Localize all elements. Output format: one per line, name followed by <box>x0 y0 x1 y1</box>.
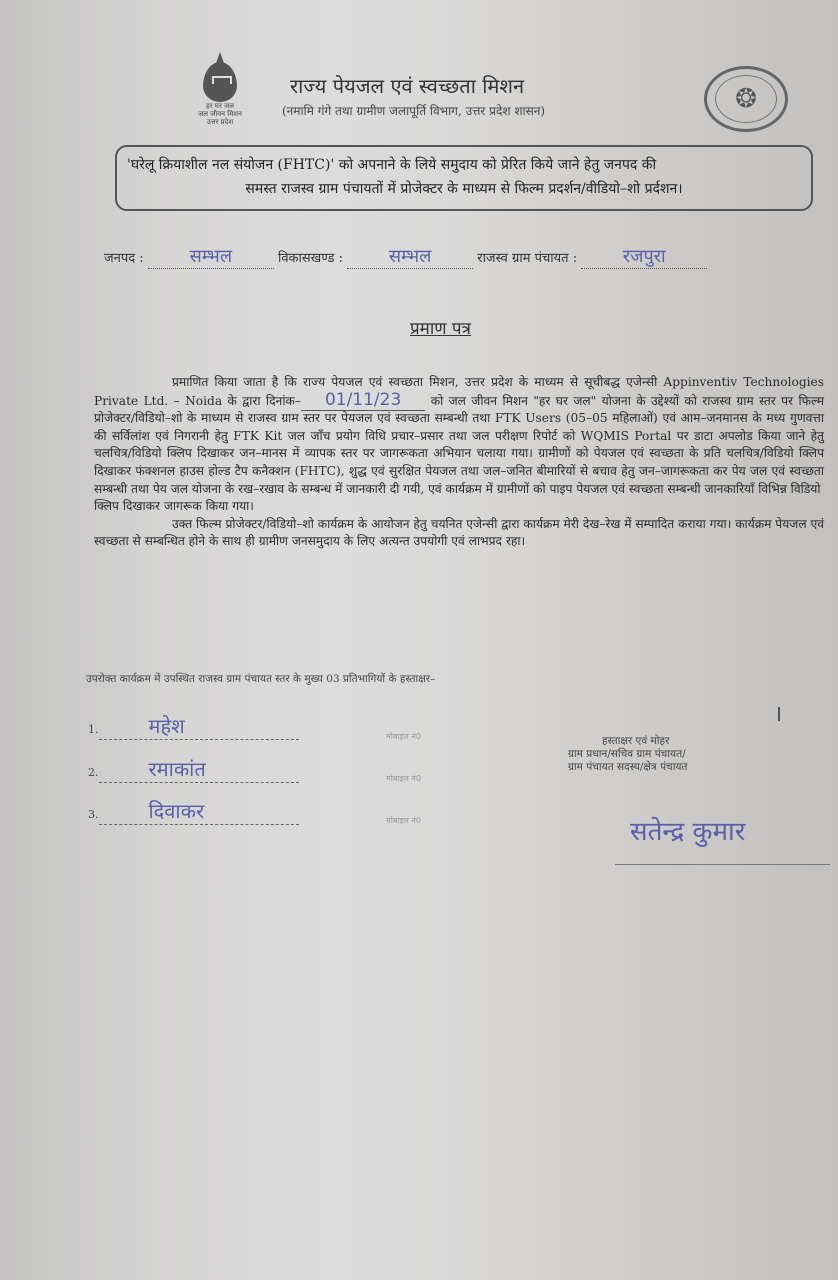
signatory-row-3: 3.दिवाकर <box>88 797 299 825</box>
para1-part3: क्लिप दिखाकर जागरूक किया गया। <box>94 498 824 516</box>
ink-mark <box>778 707 780 721</box>
paragraph-2: उक्त फिल्म प्रोजेक्टर/विडियो–शो कार्यक्र… <box>94 516 824 551</box>
signatory-row-1: 1.महेश <box>88 712 299 740</box>
water-drop-tap-icon <box>203 62 237 102</box>
certificate-page: हर घर जल जल जीवन मिशन उत्तर प्रदेश राज्य… <box>0 0 838 1280</box>
mobile-label-1: मोबाइल नं0 <box>386 731 421 742</box>
signatory-name: दिवाकर <box>99 797 299 825</box>
banner-line-2: समस्त राजस्व ग्राम पंचायतों में प्रोजेक्… <box>127 177 801 201</box>
signatory-name: रमाकांत <box>99 755 299 783</box>
signatories-intro: उपरोक्त कार्यक्रम में उपस्थित राजस्व ग्र… <box>86 673 486 686</box>
location-fields: जनपद : सम्भल विकासखण्ड : सम्भल राजस्व ग्… <box>104 244 824 269</box>
emblem-bow-fish-icon: ❂ <box>715 75 777 123</box>
signatory-name: महेश <box>99 712 299 740</box>
logo-text-2: जल जीवन मिशन <box>188 110 252 118</box>
certificate-heading: प्रमाण पत्र <box>410 316 471 339</box>
authority-signature: सतेन्द्र कुमार <box>630 812 745 848</box>
authority-line-3: ग्राम पंचायत सदस्य/क्षेत्र पंचायत <box>568 761 798 774</box>
paragraph-1: प्रमाणित किया जाता है कि राज्य पेयजल एवं… <box>94 374 824 498</box>
gram-panchayat-value: रजपुरा <box>581 244 707 269</box>
mobile-label-2: मोबाइल नं0 <box>386 773 421 784</box>
banner-line-1: 'घरेलू क्रियाशील नल संयोजन (FHTC)' को अप… <box>127 153 801 177</box>
logo-text-3: उत्तर प्रदेश <box>188 118 252 126</box>
program-banner: 'घरेलू क्रियाशील नल संयोजन (FHTC)' को अप… <box>115 145 813 211</box>
signatory-row-2: 2.रमाकांत <box>88 755 299 783</box>
janpad-value: सम्भल <box>148 244 274 269</box>
mission-title: राज्य पेयजल एवं स्वच्छता मिशन <box>290 72 524 99</box>
signature-line <box>615 864 830 865</box>
janpad-label: जनपद : <box>104 248 144 266</box>
up-government-emblem-icon: ❂ <box>704 66 788 132</box>
certificate-body: प्रमाणित किया जाता है कि राज्य पेयजल एवं… <box>94 374 824 551</box>
authority-block: हस्ताक्षर एवं मोहर ग्राम प्रधान/सचिव ग्र… <box>568 735 798 774</box>
para1-part2: को जल जीवन मिशन "हर घर जल" योजना के उद्द… <box>94 394 824 496</box>
gram-panchayat-label: राजस्व ग्राम पंचायत : <box>477 248 577 266</box>
program-date: 01/11/23 <box>301 390 425 411</box>
signatory-number: 2. <box>88 766 99 779</box>
har-ghar-jal-logo: हर घर जल जल जीवन मिशन उत्तर प्रदेश <box>188 62 252 138</box>
vikaskhand-value: सम्भल <box>347 244 473 269</box>
authority-line-1: हस्ताक्षर एवं मोहर <box>568 735 798 748</box>
mission-subtitle: (नमामि गंगे तथा ग्रामीण जलापूर्ति विभाग,… <box>282 102 545 119</box>
vikaskhand-label: विकासखण्ड : <box>278 248 343 266</box>
signatory-number: 3. <box>88 808 99 821</box>
signatory-number: 1. <box>88 723 99 736</box>
logo-text-1: हर घर जल <box>188 102 252 110</box>
mobile-label-3: मोबाइल नं0 <box>386 815 421 826</box>
authority-line-2: ग्राम प्रधान/सचिव ग्राम पंचायत/ <box>568 748 798 761</box>
